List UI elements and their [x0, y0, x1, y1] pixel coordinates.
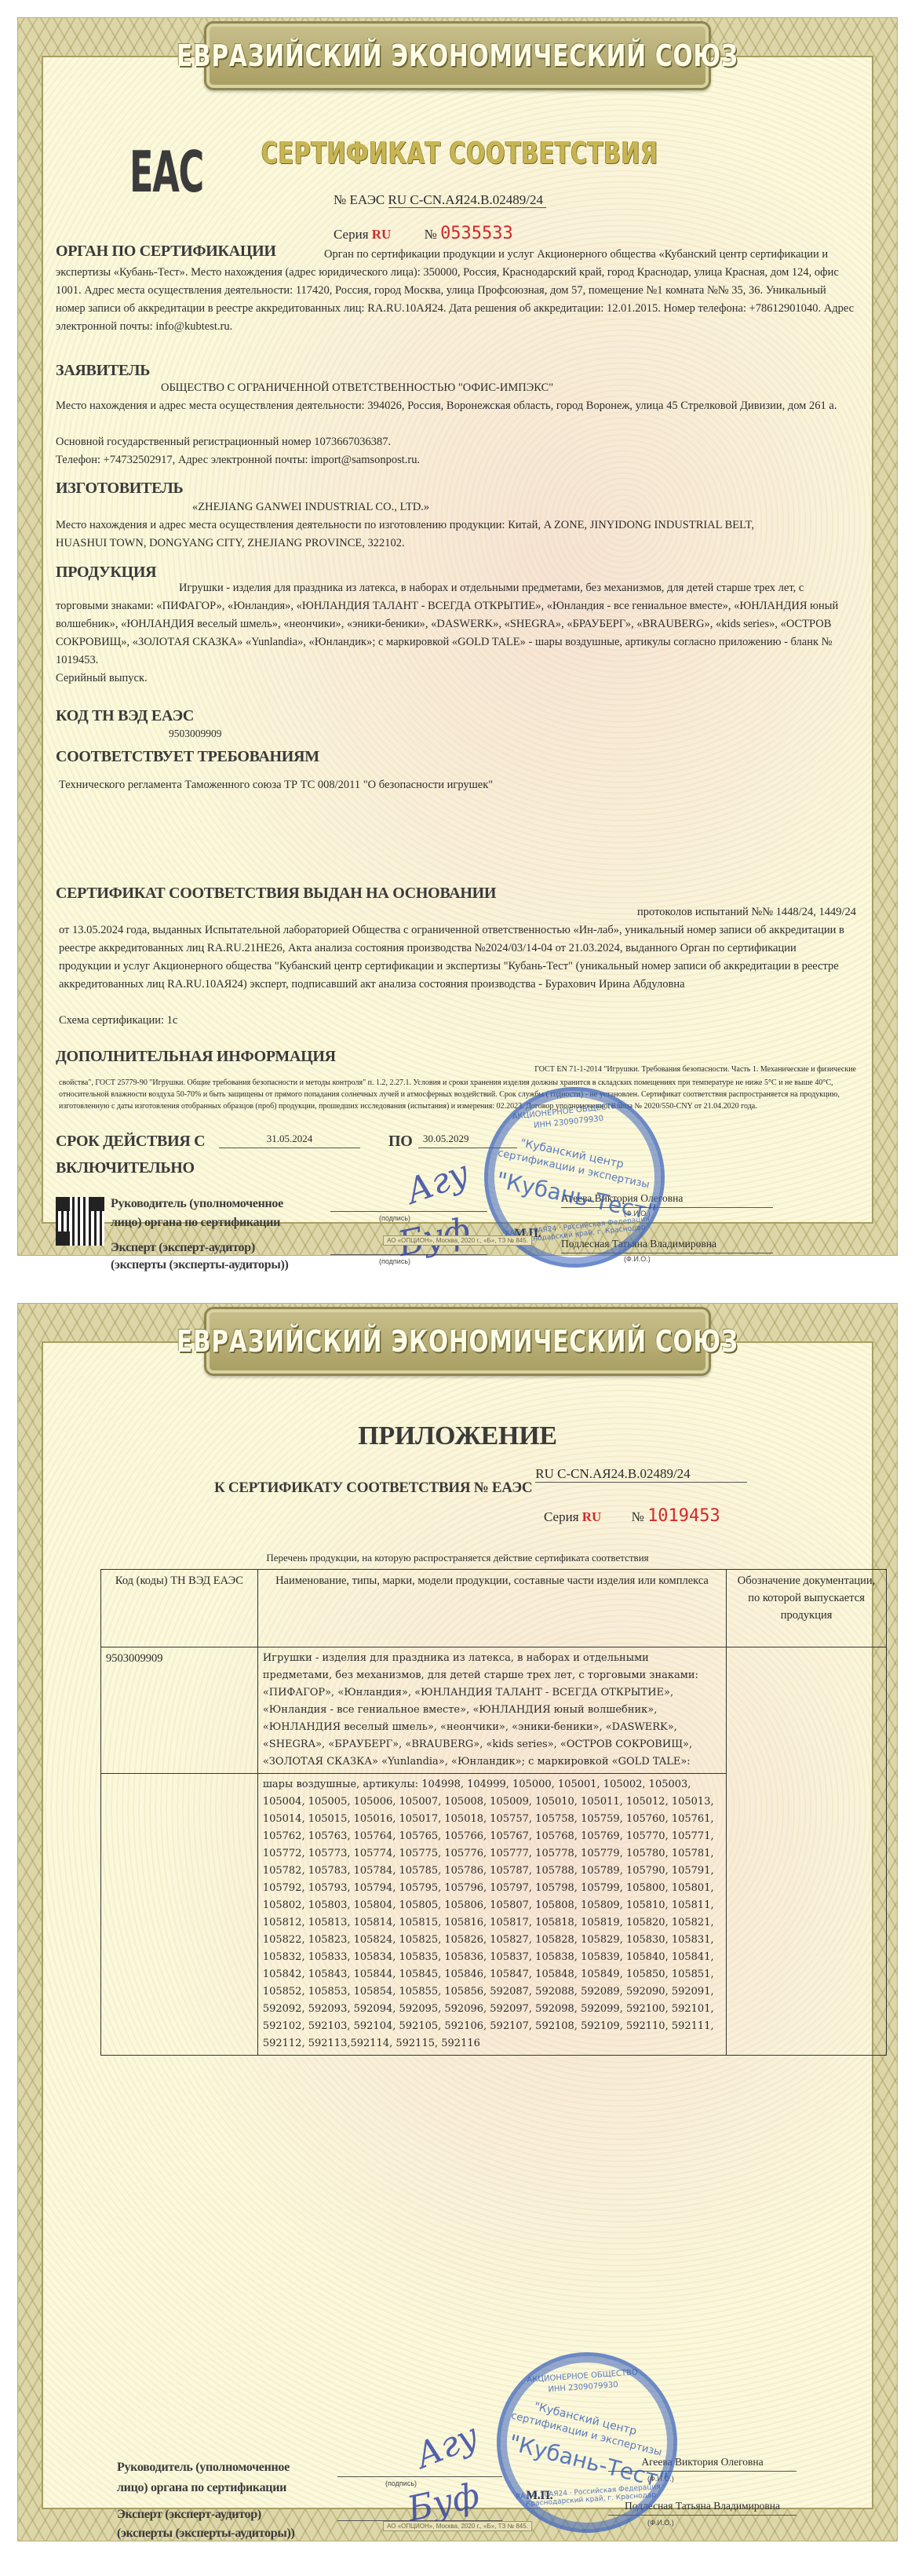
- series-value: RU: [372, 227, 392, 242]
- appendix-series-label: Серия: [544, 1509, 579, 1524]
- head-signature: Агу: [410, 2416, 483, 2477]
- table-row: 9503009909 Игрушки - изделия для праздни…: [101, 1647, 887, 1774]
- applicant-address: Место нахождения и адрес места осуществл…: [56, 397, 840, 415]
- header-hs-code: Код (коды) ТН ВЭД ЕАЭС: [101, 1570, 258, 1647]
- applicant-ogrn: Основной государственный регистрационный…: [56, 433, 391, 451]
- table-header-row: Код (коды) ТН ВЭД ЕАЭС Наименование, тип…: [101, 1570, 887, 1647]
- head-signature-caption: (подпись): [379, 1214, 410, 1222]
- printer-mark: АО «ОПЦИОН», Москва, 2020 г., «Б», ТЗ № …: [383, 1235, 532, 1246]
- certificate-number-line: № ЕАЭС RU C-CN.АЯ24.В.02489/24: [334, 192, 546, 208]
- certification-scheme: Схема сертификации: 1с: [59, 1012, 177, 1030]
- series-line: Серия RU № 0535533: [334, 224, 513, 243]
- conforms-text: Технического регламента Таможенного союз…: [59, 776, 493, 794]
- row-hs-code: [101, 1774, 258, 2056]
- validity-inclusive: ВКЛЮЧИТЕЛЬНО: [56, 1159, 195, 1177]
- qr-code[interactable]: [56, 1197, 104, 1246]
- expert-label-2: (эксперты (эксперты-аудиторы)): [111, 1258, 289, 1272]
- basis-text: от 13.05.2024 года, выданных Испытательн…: [59, 921, 851, 994]
- certificate-body: ЕАС СЕРТИФИКАТ СООТВЕТСТВИЯ № ЕАЭС RU C-…: [42, 56, 873, 1224]
- applicant-contacts: Телефон: +74732502917, Адрес электронной…: [56, 451, 420, 469]
- manufacturer-address: Место нахождения и адрес места осуществл…: [56, 516, 786, 553]
- header-product-name: Наименование, типы, марки, модели продук…: [257, 1570, 726, 1647]
- expert-label-2: (эксперты (эксперты-аудиторы)): [117, 2527, 295, 2541]
- number-prefix: № ЕАЭС: [334, 192, 385, 207]
- head-label-1: Руководитель (уполномоченное: [111, 1197, 283, 1211]
- appendix-caption: Перечень продукции, на которую распростр…: [43, 1549, 872, 1567]
- series-label: Серия: [334, 227, 369, 242]
- section-heading-additional: ДОПОЛНИТЕЛЬНАЯ ИНФОРМАЦИЯ: [56, 1048, 336, 1066]
- product-text: Игрушки - изделия для праздника из латек…: [56, 579, 840, 670]
- section-heading-applicant: ЗАЯВИТЕЛЬ: [56, 362, 150, 380]
- head-signature: Агу: [401, 1153, 475, 1213]
- section-heading-conforms: СООТВЕТСТВУЕТ ТРЕБОВАНИЯМ: [56, 748, 319, 766]
- printer-mark: АО «ОПЦИОН», Москва, 2020 г., «Б», ТЗ № …: [383, 2521, 532, 2531]
- blank-no-label: №: [425, 227, 437, 242]
- eaeu-banner-text: ЕВРАЗИЙСКИЙ ЭКОНОМИЧЕСКИЙ СОЮЗ: [177, 1324, 738, 1359]
- eaeu-banner-text: ЕВРАЗИЙСКИЙ ЭКОНОМИЧЕСКИЙ СОЮЗ: [177, 38, 738, 73]
- eaeu-banner: ЕВРАЗИЙСКИЙ ЭКОНОМИЧЕСКИЙ СОЮЗ: [204, 1307, 711, 1376]
- applicant-name: ОБЩЕСТВО С ОГРАНИЧЕННОЙ ОТВЕТСТВЕННОСТЬЮ…: [161, 379, 553, 397]
- appendix-blank-no-label: №: [632, 1509, 644, 1524]
- section-heading-basis: СЕРТИФИКАТ СООТВЕТСТВИЯ ВЫДАН НА ОСНОВАН…: [56, 885, 496, 903]
- head-signature-caption: (подпись): [385, 2479, 417, 2487]
- row-hs-code: 9503009909: [101, 1647, 258, 1774]
- expert-fio-caption: (Ф.И.О.): [624, 1255, 651, 1263]
- appendix-body: ПРИЛОЖЕНИЕ К СЕРТИФИКАТУ СООТВЕТСТВИЯ № …: [42, 1341, 873, 2509]
- additional-text: свойства", ГОСТ 25779-90 "Игрушки. Общие…: [59, 1077, 851, 1112]
- section-heading-hs-code: КОД ТН ВЭД ЕАЭС: [56, 707, 194, 725]
- eaeu-banner: ЕВРАЗИЙСКИЙ ЭКОНОМИЧЕСКИЙ СОЮЗ: [204, 21, 711, 90]
- header-documentation: Обозначение документации, по которой вып…: [727, 1570, 887, 1647]
- blank-number: 0535533: [440, 224, 513, 243]
- certificate-title: СЕРТИФИКАТ СООТВЕТСТВИЯ: [261, 136, 658, 170]
- appendix-subtitle-line: К СЕРТИФИКАТУ СООТВЕТСТВИЯ № ЕАЭС RU C-C…: [214, 1465, 747, 1483]
- appendix-subtitle: К СЕРТИФИКАТУ СООТВЕТСТВИЯ № ЕАЭС: [214, 1480, 532, 1496]
- head-label-2: лицо) органа по сертификации: [111, 1216, 280, 1230]
- appendix-series-value: RU: [582, 1509, 602, 1524]
- appendix-blank-number: 1019453: [647, 1506, 720, 1526]
- certificate-page: ЕАС СЕРТИФИКАТ СООТВЕТСТВИЯ № ЕАЭС RU C-…: [17, 17, 898, 1256]
- head-label-1: Руководитель (уполномоченное: [117, 2461, 290, 2475]
- products-table: Код (коды) ТН ВЭД ЕАЭС Наименование, тип…: [100, 1569, 887, 2056]
- expert-label-1: Эксперт (эксперт-аудитор): [111, 1241, 255, 1255]
- appendix-series-line: Серия RU № 1019453: [544, 1506, 720, 1526]
- basis-lead: протоколов испытаний №№ 1448/24, 1449/24: [637, 903, 856, 921]
- additional-lead: ГОСТ EN 71-1-2014 "Игрушки. Требования б…: [534, 1065, 856, 1074]
- appendix-certificate-number: RU C-CN.АЯ24.В.02489/24: [535, 1466, 747, 1483]
- head-signature-line: [337, 2476, 502, 2477]
- row-product-articles: шары воздушные, артикулы: 104998, 104999…: [257, 1774, 726, 2056]
- expert-fio-caption: (Ф.И.О.): [647, 2519, 674, 2527]
- validity-from-label: СРОК ДЕЙСТВИЯ С: [56, 1133, 205, 1151]
- validity-from-date: 31.05.2024: [219, 1129, 360, 1148]
- hs-code-value: 9503009909: [169, 724, 222, 743]
- manufacturer-name: «ZHEJIANG GANWEI INDUSTRIAL CO., LTD.»: [192, 498, 429, 516]
- certificate-number: RU C-CN.АЯ24.В.02489/24: [388, 192, 546, 208]
- expert-label-1: Эксперт (эксперт-аудитор): [117, 2508, 261, 2522]
- row-documentation: [727, 1647, 887, 2056]
- section-heading-manufacturer: ИЗГОТОВИТЕЛЬ: [56, 480, 183, 498]
- certification-body-text: Орган по сертификации продукции и услуг …: [56, 246, 856, 336]
- head-label-2: лицо) органа по сертификации: [117, 2481, 286, 2495]
- appendix-title: ПРИЛОЖЕНИЕ: [43, 1421, 872, 1451]
- eac-logo: ЕАС: [129, 139, 203, 205]
- product-release: Серийный выпуск.: [56, 670, 148, 688]
- appendix-page: ПРИЛОЖЕНИЕ К СЕРТИФИКАТУ СООТВЕТСТВИЯ № …: [17, 1303, 898, 2541]
- row-product-name: Игрушки - изделия для праздника из латек…: [257, 1647, 726, 1774]
- seal-ring-bottom: RA.RU.10АЯ24 · Российская Федерация · Кр…: [504, 2482, 677, 2509]
- validity-to-label: ПО: [388, 1133, 413, 1151]
